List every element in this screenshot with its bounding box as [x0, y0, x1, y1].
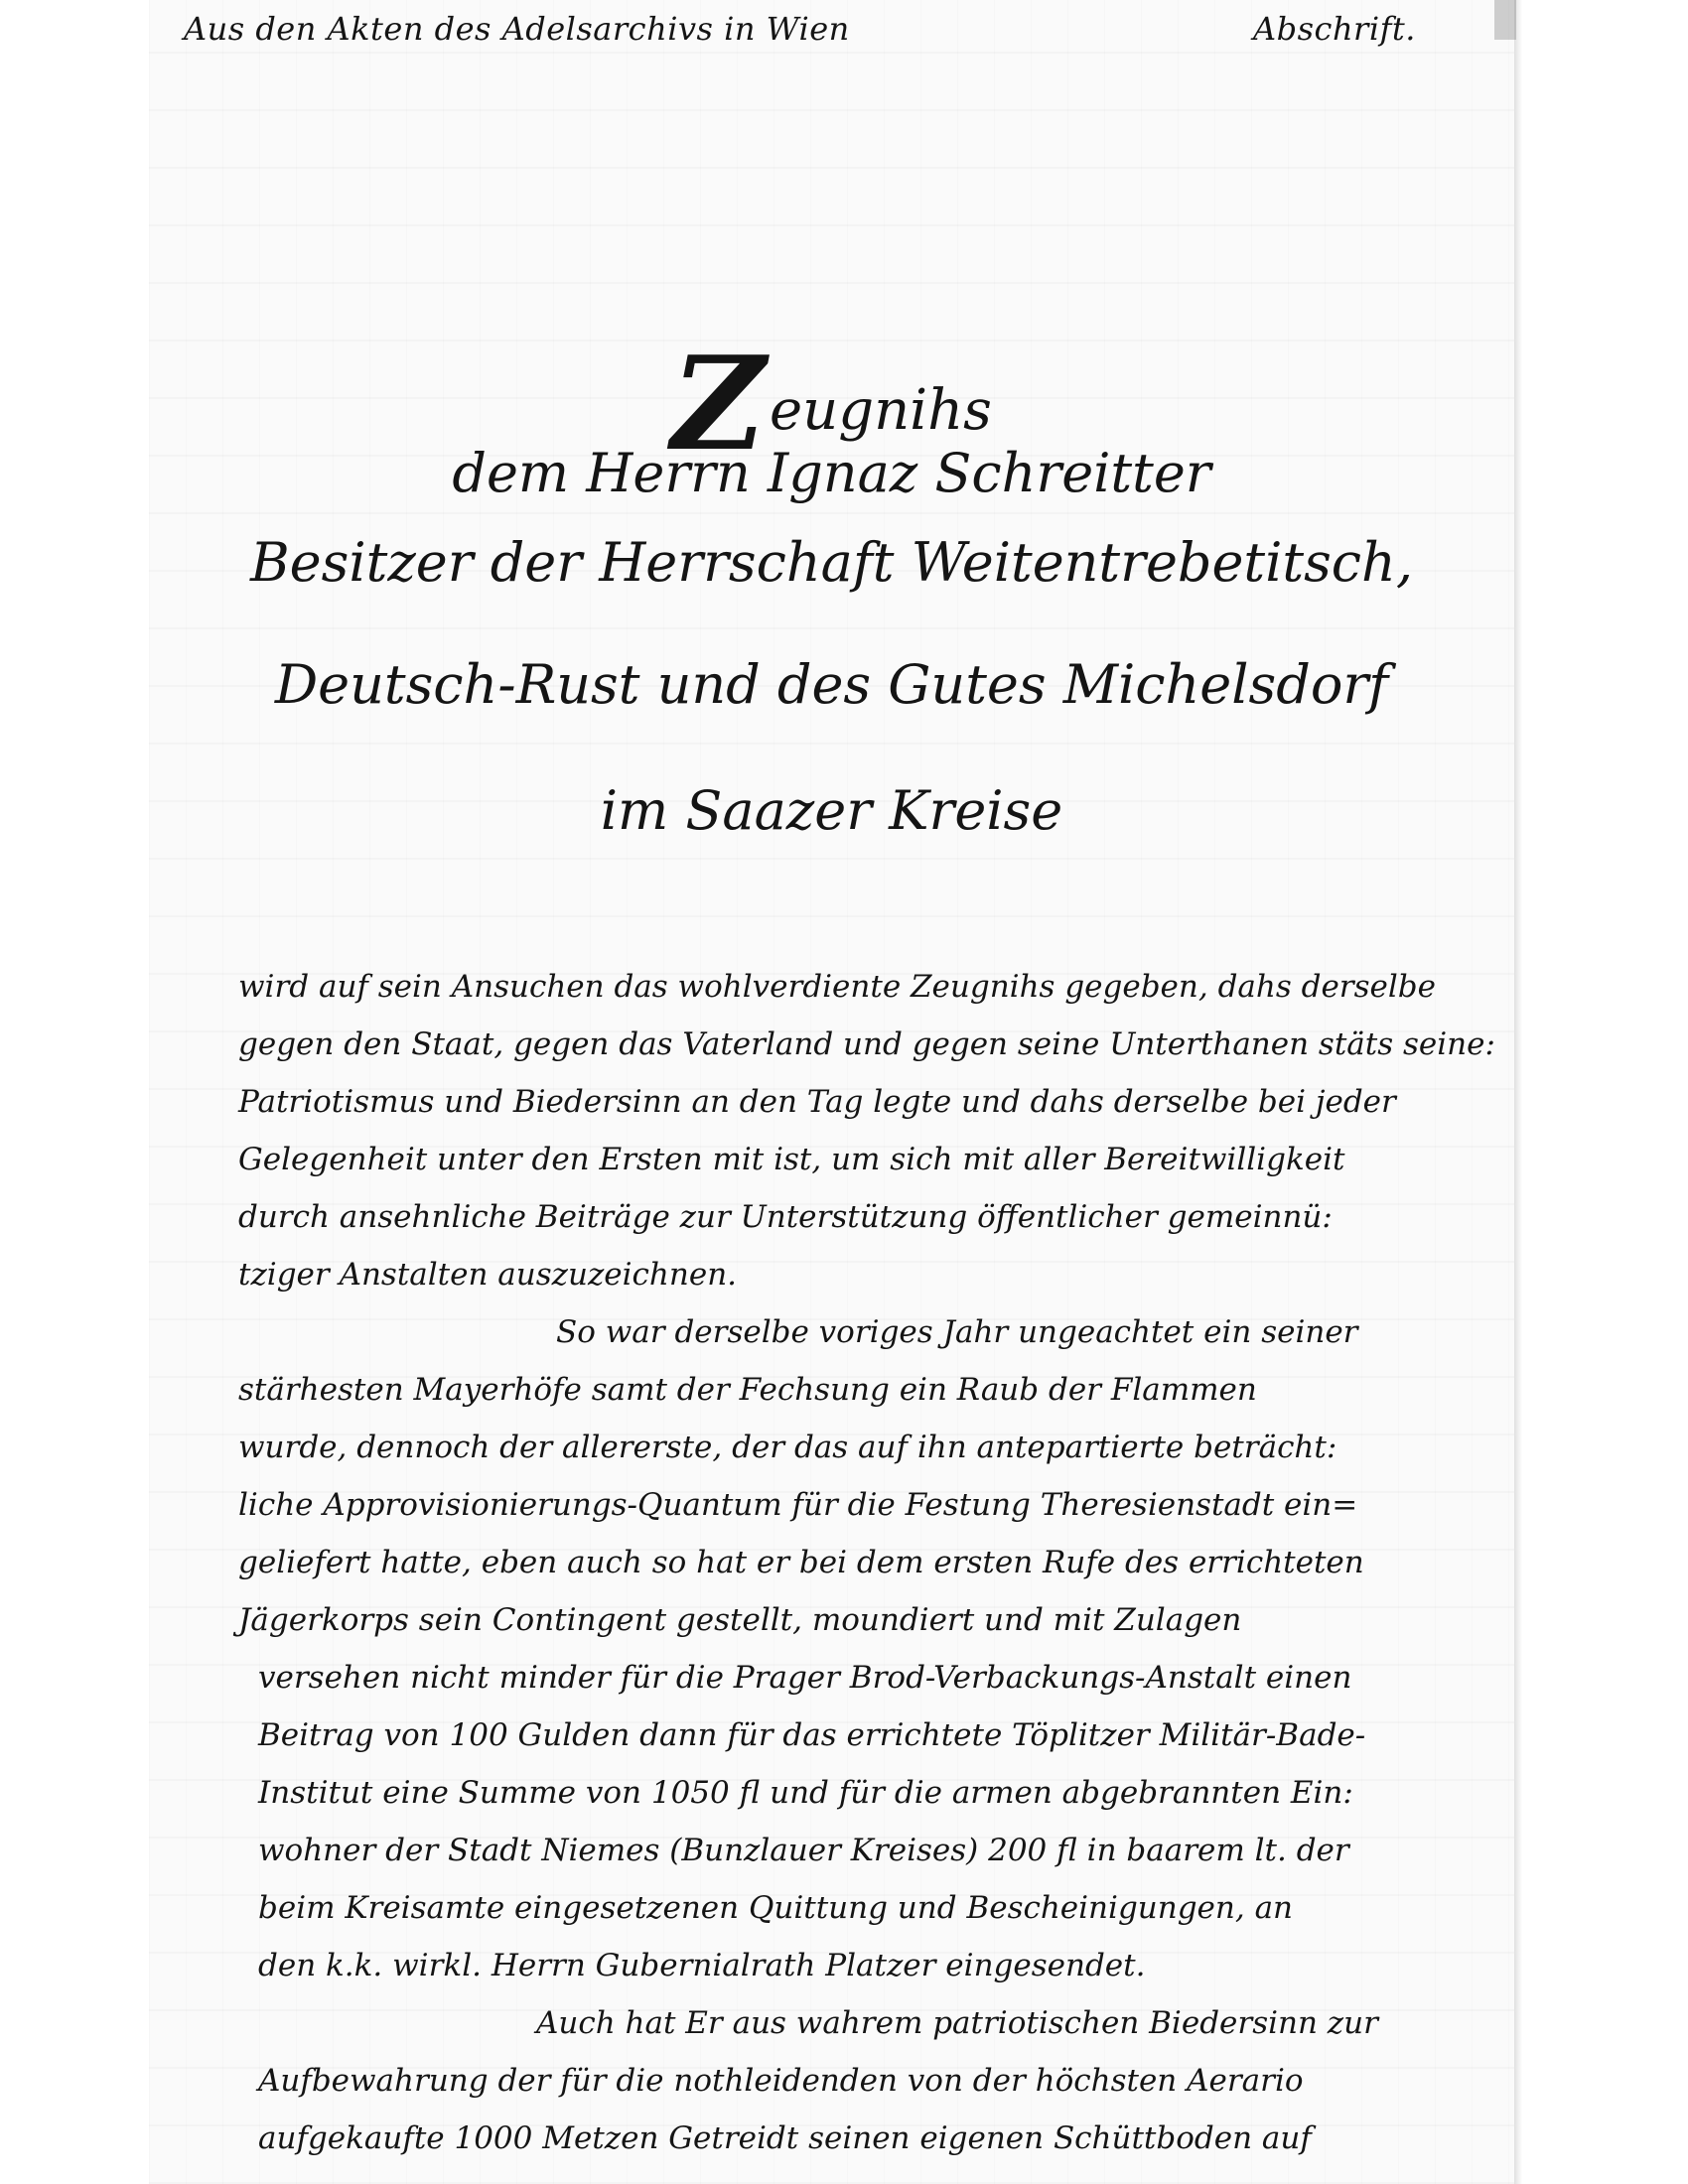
body-line: Aufbewahrung der für die nothleidenden v… — [238, 2052, 1489, 2110]
scan-artifact — [1494, 0, 1516, 40]
body-line: durch ansehnliche Beiträge zur Unterstüt… — [238, 1188, 1489, 1246]
body-line: versehen nicht minder für die Prager Bro… — [238, 1649, 1489, 1706]
body-line: Institut eine Summe von 1050 fl und für … — [238, 1764, 1489, 1822]
paragraph-start-line: So war derselbe voriges Jahr ungeachtet … — [238, 1303, 1489, 1361]
title-line-district: im Saazer Kreise — [149, 779, 1514, 842]
copy-label: Abschrift. — [1253, 10, 1416, 48]
body-line: wurde, dennoch der allererste, der das a… — [238, 1419, 1489, 1476]
body-line: geliefert hatte, eben auch so hat er bei… — [238, 1534, 1489, 1591]
body-line: stärhesten Mayerhöfe samt der Fechsung e… — [238, 1361, 1489, 1419]
body-line: aufgekaufte 1000 Metzen Getreidt seinen … — [238, 2110, 1489, 2167]
body-line: beim Kreisamte eingesetzenen Quittung un… — [238, 1879, 1489, 1937]
body-line: tziger Anstalten auszuzeichnen. — [238, 1246, 1489, 1303]
title-line-estates-cont: Deutsch-Rust und des Gutes Michelsdorf — [149, 653, 1514, 716]
body-line: gegen den Staat, gegen das Vaterland und… — [238, 1016, 1489, 1073]
body-line: Jägerkorps sein Contingent gestellt, mou… — [238, 1591, 1489, 1649]
paragraph-start-line: Auch hat Er aus wahrem patriotischen Bie… — [238, 1994, 1489, 2052]
body-line: Patriotismus und Biedersinn an den Tag l… — [238, 1073, 1489, 1131]
title-word: eugnihs — [770, 378, 992, 443]
page-edge-shadow — [1514, 0, 1522, 2184]
archive-source-heading: Aus den Akten des Adelsarchivs in Wien — [184, 10, 850, 48]
body-line: wird auf sein Ansuchen das wohlverdiente… — [238, 958, 1489, 1016]
title-line-estate: Besitzer der Herrschaft Weitentrebetitsc… — [149, 531, 1514, 594]
body-line: wohner der Stadt Niemes (Bunzlauer Kreis… — [238, 1822, 1489, 1879]
certificate-body: wird auf sein Ansuchen das wohlverdiente… — [238, 958, 1489, 2167]
body-line: Beitrag von 100 Gulden dann für das erri… — [238, 1706, 1489, 1764]
body-line: Gelegenheit unter den Ersten mit ist, um… — [238, 1131, 1489, 1188]
title-line-recipient: dem Herrn Ignaz Schreitter — [149, 442, 1514, 504]
body-line: liche Approvisionierungs-Quantum für die… — [238, 1476, 1489, 1534]
body-line: den k.k. wirkl. Herrn Gubernialrath Plat… — [238, 1937, 1489, 1994]
